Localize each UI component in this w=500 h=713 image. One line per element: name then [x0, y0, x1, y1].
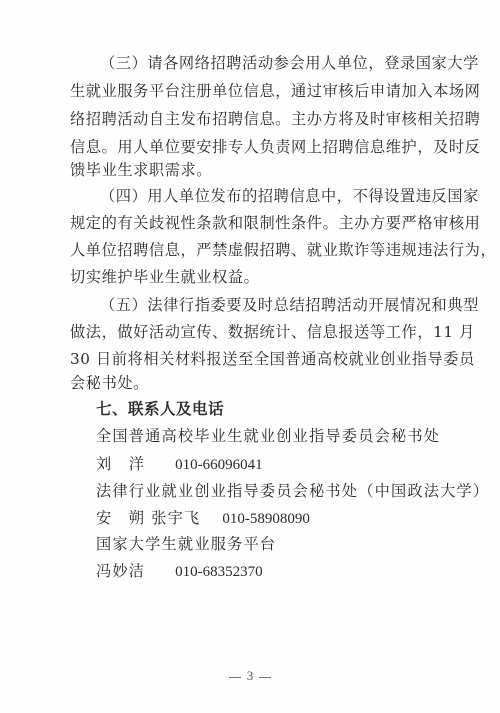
paragraph-5-line-3: 30 日前将相关材料报送至全国普通高校就业创业指导委员: [70, 346, 432, 373]
dash-left: [229, 677, 241, 678]
paragraph-3-line-2: 生就业服务平台注册单位信息，通过审核后申请加入本场网: [70, 78, 432, 105]
page-number-value: 3: [247, 668, 254, 683]
contact-1-names: 刘 洋: [96, 455, 145, 473]
paragraph-5-line-4: 会秘书处。: [70, 370, 432, 397]
paragraph-4-line-3: 人单位招聘信息，严禁虚假招聘、就业欺诈等违规违法行为，: [70, 237, 432, 264]
contact-2-names: 安 朔 张宇飞: [96, 509, 200, 527]
contact-1-organization: 全国普通高校毕业生就业创业指导委员会秘书处: [96, 423, 440, 450]
contact-2-row: 安 朔 张宇飞010-58908090: [96, 505, 310, 532]
section-7-heading: 七、联系人及电话: [96, 396, 224, 423]
paragraph-5-line-2: 做法，做好活动宣传、数据统计、信息报送等工作，11 月: [70, 319, 432, 346]
contact-3-phone: 010-68352370: [175, 564, 263, 580]
paragraph-3-line-5: 馈毕业生求职需求。: [70, 157, 432, 184]
paragraph-3-line-1: （三）请各网络招聘活动参会用人单位，登录国家大学: [100, 50, 432, 77]
document-page: （三）请各网络招聘活动参会用人单位，登录国家大学 生就业服务平台注册单位信息，通…: [0, 0, 500, 713]
paragraph-4-line-1: （四）用人单位发布的招聘信息中，不得设置违反国家: [100, 183, 432, 210]
page-number: 3: [0, 668, 500, 684]
contact-3-names: 冯妙洁: [96, 562, 145, 580]
contact-1-row: 刘 洋010-66096041: [96, 451, 263, 478]
contact-2-organization: 法律行业就业创业指导委员会秘书处（中国政法大学）: [96, 478, 489, 505]
contact-2-phone: 010-58908090: [222, 511, 310, 527]
contact-1-phone: 010-66096041: [175, 457, 263, 473]
paragraph-4-line-2: 规定的有关歧视性条款和限制性条件。主办方要严格审核用: [70, 210, 432, 237]
contact-3-row: 冯妙洁010-68352370: [96, 558, 263, 585]
paragraph-3-line-3: 络招聘活动自主发布招聘信息。主办方将及时审核相关招聘: [70, 106, 432, 133]
paragraph-5-line-1: （五）法律行指委要及时总结招聘活动开展情况和典型: [100, 292, 432, 319]
contact-3-organization: 国家大学生就业服务平台: [96, 531, 276, 558]
dash-right: [259, 677, 271, 678]
paragraph-4-line-4: 切实维护毕业生就业权益。: [70, 264, 432, 291]
